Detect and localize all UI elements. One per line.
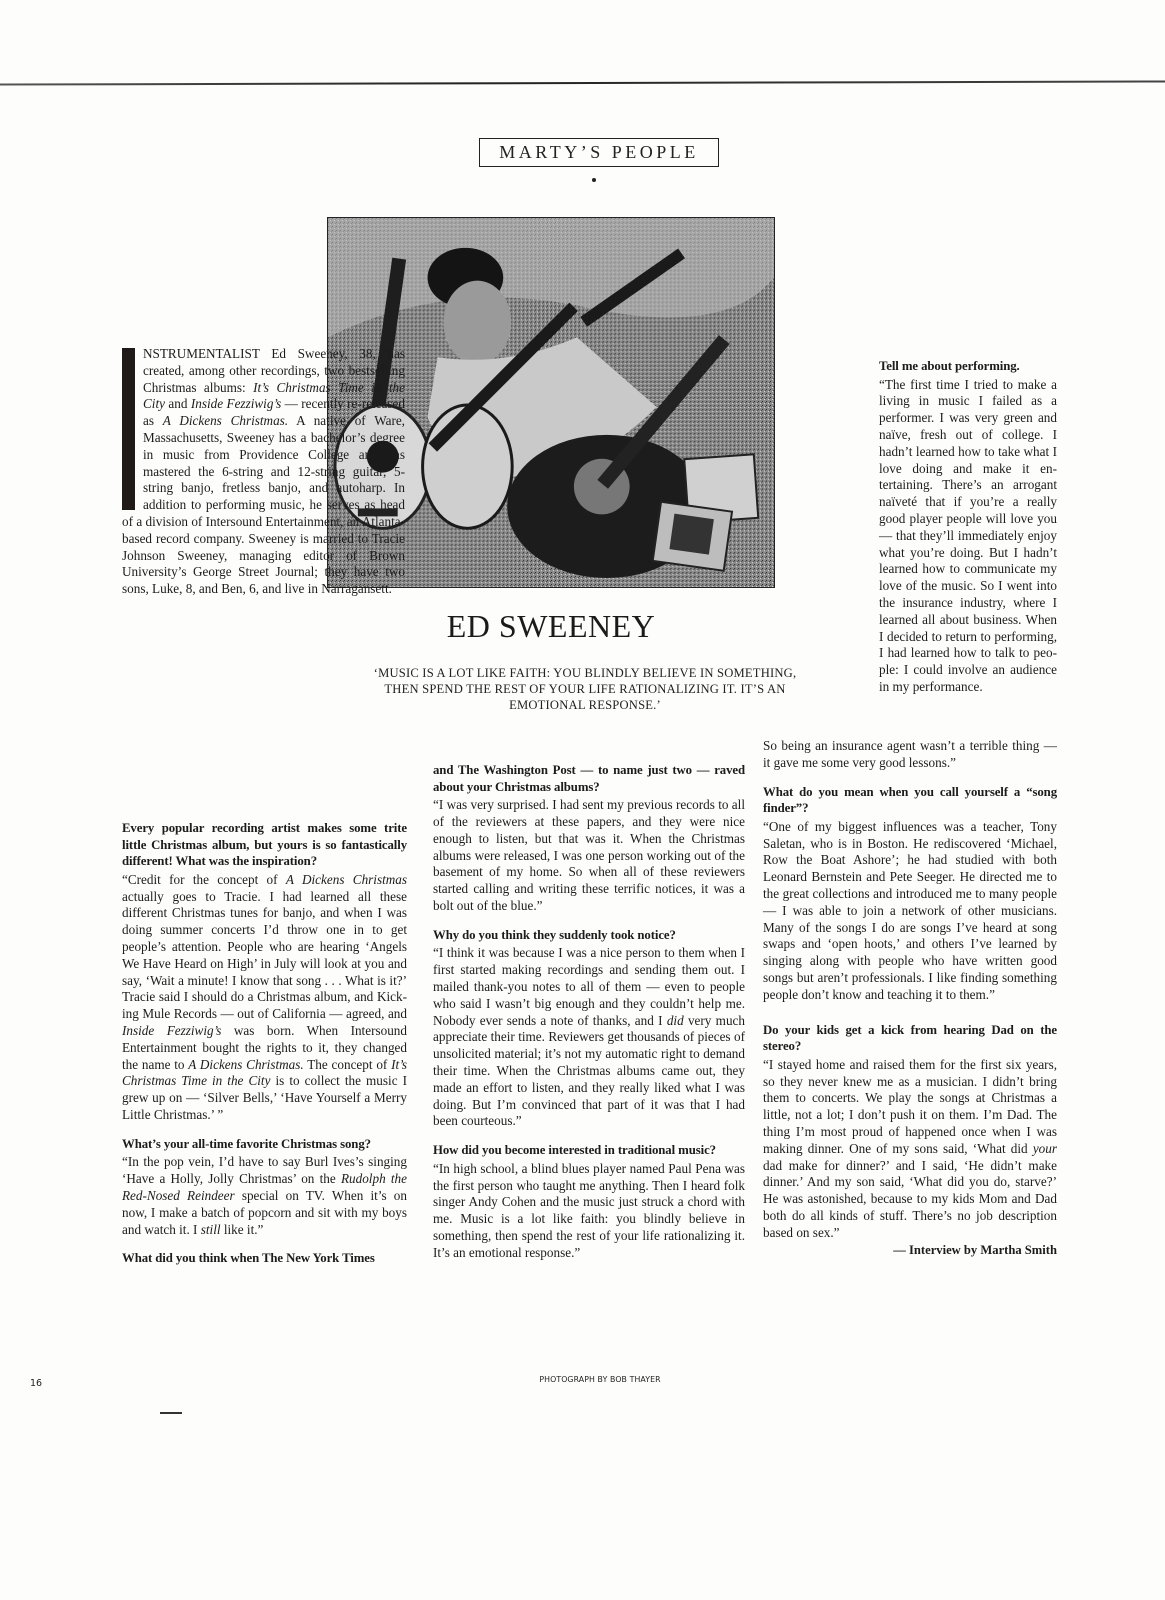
album-title: Inside Fezziwig’s — [191, 396, 281, 411]
answer: “I stayed home and raised them for the f… — [763, 1057, 1057, 1242]
answer: “The first time I tried to make a living… — [879, 377, 1057, 696]
album-title: A Dickens Christmas. — [163, 413, 288, 428]
question-continued: What did you think when The New York Tim… — [122, 1250, 407, 1267]
answer-text: actually goes to Tracie. I had learned a… — [122, 889, 407, 1022]
question-continuation: and The Washington Post — to name just t… — [433, 762, 745, 795]
question: Do your kids get a kick from hearing Dad… — [763, 1022, 1057, 1055]
intro-text: and — [165, 396, 191, 411]
album-title: A Dickens Christmas. — [188, 1057, 303, 1072]
question: Why do you think they suddenly took noti… — [433, 927, 745, 944]
answer: “Credit for the concept of A Dickens Chr… — [122, 872, 407, 1124]
question: Every popular recording artist makes som… — [122, 820, 407, 870]
answer-text: “Credit for the concept of — [122, 872, 286, 887]
answer: “I was very surprised. I had sent my pre… — [433, 797, 745, 915]
pull-quote: ‘MUSIC IS A LOT LIKE FAITH: YOU BLINDLY … — [360, 665, 810, 713]
question: Tell me about performing. — [879, 358, 1057, 375]
column-3-top: Tell me about performing. “The first tim… — [879, 358, 1057, 696]
question: What do you mean when you call yourself … — [763, 784, 1057, 817]
column-3: So being an insurance agent wasn’t a ter… — [763, 738, 1057, 1258]
page-number: 16 — [30, 1378, 42, 1389]
top-rule — [0, 80, 1165, 85]
answer-continued: So being an insurance agent wasn’t a ter… — [763, 738, 1057, 772]
intro-lead-word: NSTRUMENTALIST — [143, 346, 260, 361]
intro-paragraph: NSTRUMENTALIST Ed Sweeney, 38, has creat… — [122, 346, 405, 598]
emphasis: still — [201, 1222, 221, 1237]
emphasis: did — [667, 1013, 684, 1028]
column-1: Every popular recording artist makes som… — [122, 820, 407, 1269]
section-title: MARTY’S PEOPLE — [499, 142, 698, 163]
ornament-dot — [592, 178, 596, 182]
answer: “One of my biggest influences was a teac… — [763, 819, 1057, 1004]
question: What’s your all-time favorite Christmas … — [122, 1136, 407, 1153]
column-2: and The Washington Post — to name just t… — [433, 762, 745, 1262]
article-headline: ED SWEENEY — [327, 608, 775, 645]
answer-text: like it.” — [221, 1222, 264, 1237]
emphasis: your — [1033, 1141, 1057, 1156]
section-title-box: MARTY’S PEOPLE — [479, 138, 719, 167]
answer: “In the pop vein, I’d have to say Burl I… — [122, 1154, 407, 1238]
interview-byline: — Interview by Martha Smith — [763, 1242, 1057, 1259]
answer-text: very much appreciate their time. Reviewe… — [433, 1013, 745, 1129]
intro-text: A na­tive of Ware, Massachu­setts, Sween… — [122, 413, 405, 596]
question: How did you become interested in traditi… — [433, 1142, 745, 1159]
answer-text: dad make for dinner?’ and I said, ‘He di… — [763, 1158, 1057, 1240]
scan-mark — [160, 1412, 182, 1414]
photo-credit: PHOTOGRAPH BY BOB THAYER — [430, 1375, 770, 1384]
album-title: A Dickens Christ­mas — [286, 872, 407, 887]
drop-cap-i — [122, 348, 135, 510]
answer: “I think it was because I was a nice per… — [433, 945, 745, 1130]
answer-text: The concept of — [304, 1057, 391, 1072]
album-title: Inside Fezziwig’s — [122, 1023, 221, 1038]
answer-text: “I stayed home and raised them for the f… — [763, 1057, 1057, 1156]
answer: “In high school, a blind blues player na… — [433, 1161, 745, 1262]
